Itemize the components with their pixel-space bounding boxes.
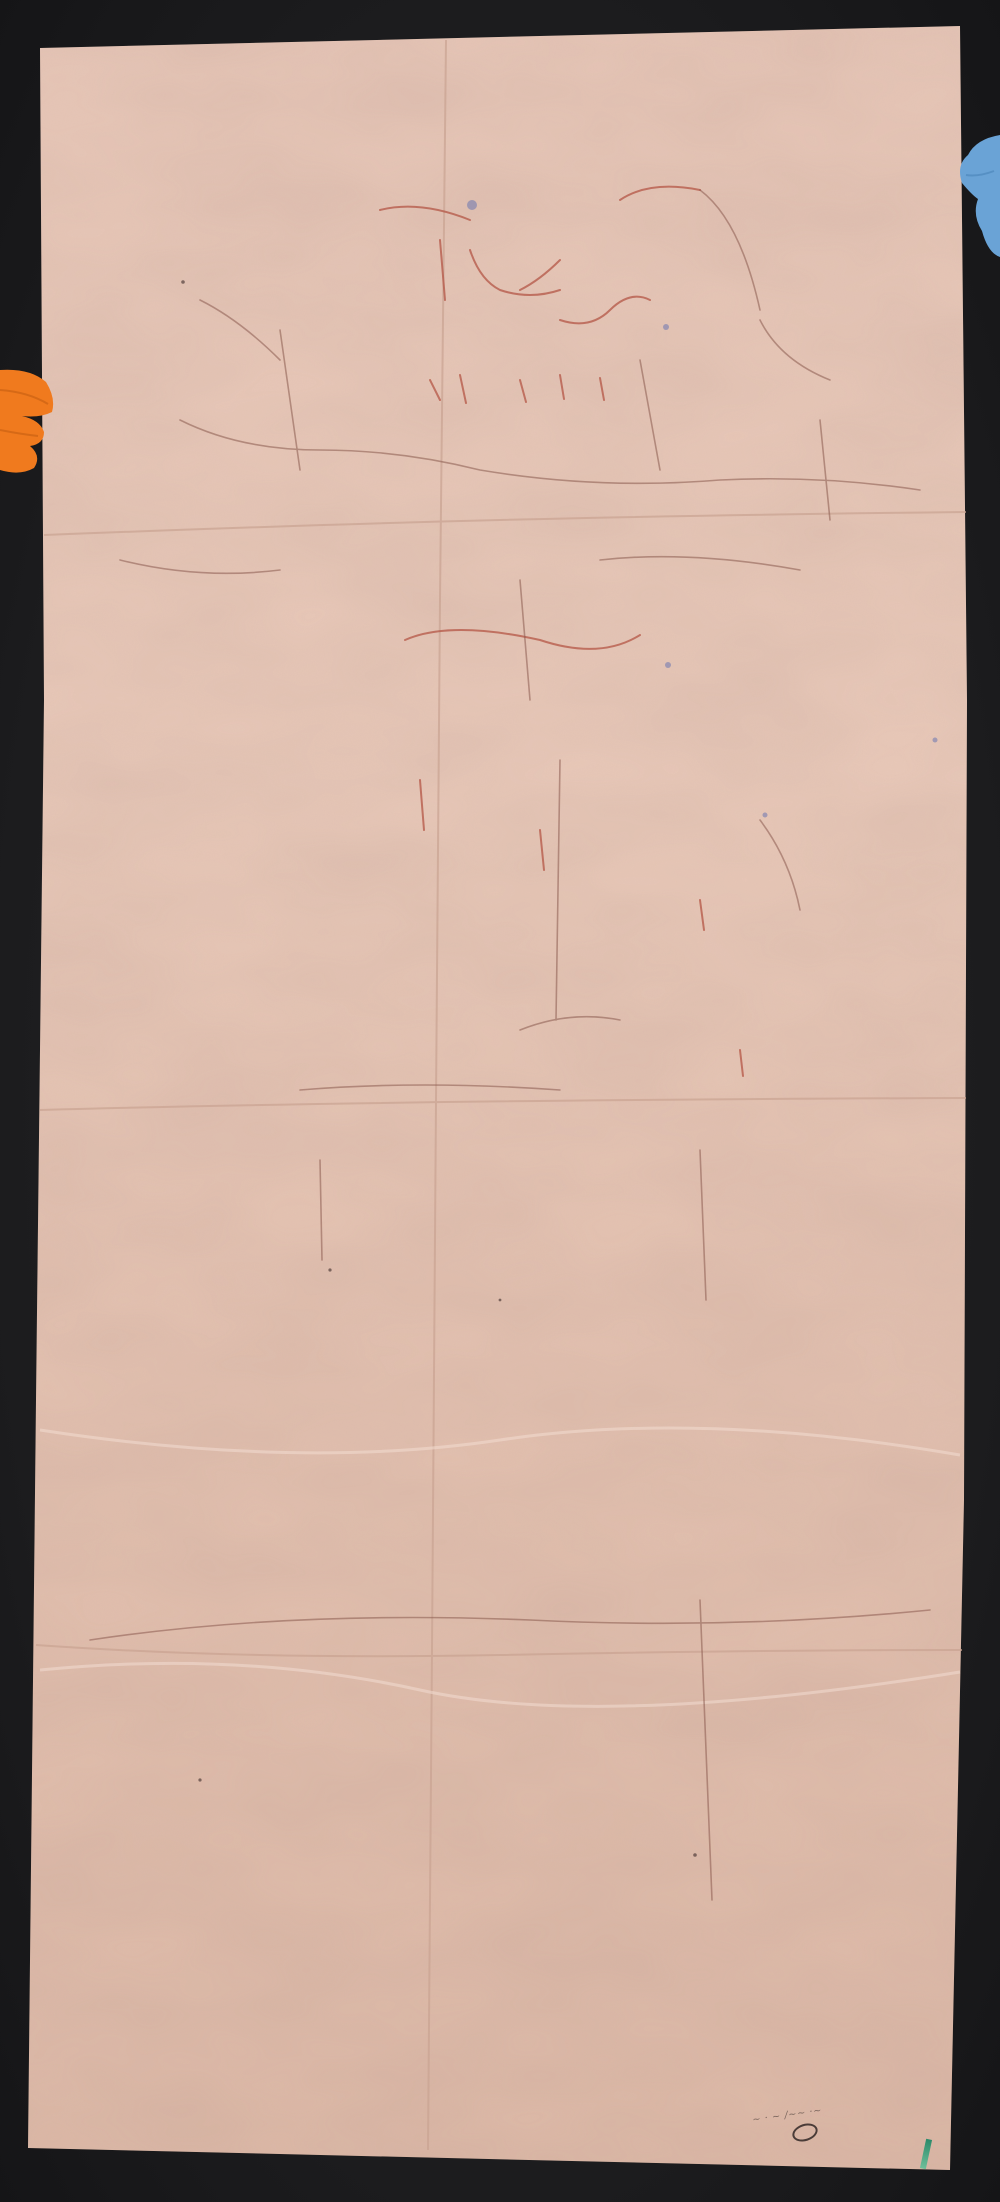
right-blue-glove: [958, 135, 1000, 260]
left-orange-glove: [0, 360, 70, 480]
paper-sheet: ~ · ~ /~~ ·~: [0, 0, 1000, 2202]
